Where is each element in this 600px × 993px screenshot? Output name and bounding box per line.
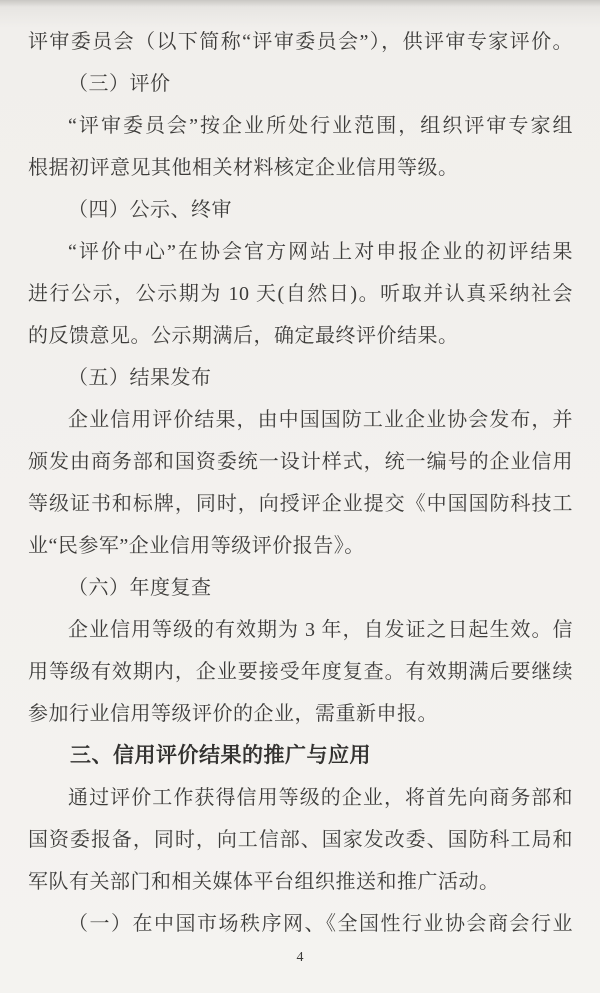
document-body-text: 评审委员会（以下简称“评审委员会”），供评审专家评价。 （三）评价 “评审委员会…: [28, 21, 573, 945]
text-line: 参加行业信用等级评价的企业，需重新申报。: [28, 693, 573, 735]
page-number: 4: [0, 950, 600, 966]
text-line: （一）在中国市场秩序网、《全国性行业协会商会行业: [28, 903, 573, 945]
subsection-heading-3: （三）评价: [28, 63, 573, 105]
scanned-document-page: 评审委员会（以下简称“评审委员会”），供评审专家评价。 （三）评价 “评审委员会…: [0, 0, 600, 993]
text-line: 企业信用评价结果，由中国国防工业企业协会发布，并: [28, 399, 573, 441]
text-line: 通过评价工作获得信用等级的企业，将首先向商务部和: [28, 777, 573, 819]
text-line: “评价中心”在协会官方网站上对申报企业的初评结果: [28, 231, 573, 273]
text-line: 颁发由商务部和国资委统一设计样式，统一编号的企业信用: [28, 441, 573, 483]
text-line: 国资委报备，同时，向工信部、国家发改委、国防科工局和: [28, 819, 573, 861]
text-line: 评审委员会（以下简称“评审委员会”），供评审专家评价。: [28, 21, 573, 63]
text-line: “评审委员会”按企业所处行业范围，组织评审专家组: [28, 105, 573, 147]
text-line: 根据初评意见其他相关材料核定企业信用等级。: [28, 147, 573, 189]
text-line: 军队有关部门和相关媒体平台组织推送和推广活动。: [28, 861, 573, 903]
text-line: 的反馈意见。公示期满后，确定最终评价结果。: [28, 315, 573, 357]
subsection-heading-6: （六）年度复查: [28, 567, 573, 609]
section-heading-3: 三、信用评价结果的推广与应用: [28, 735, 573, 777]
text-line: 等级证书和标牌，同时，向授评企业提交《中国国防科技工: [28, 483, 573, 525]
subsection-heading-5: （五）结果发布: [28, 357, 573, 399]
text-line: 用等级有效期内，企业要接受年度复查。有效期满后要继续: [28, 651, 573, 693]
text-line: 企业信用等级的有效期为 3 年，自发证之日起生效。信: [28, 609, 573, 651]
text-line: 进行公示，公示期为 10 天(自然日)。听取并认真采纳社会: [28, 273, 573, 315]
text-line: 业“民参军”企业信用等级评价报告》。: [28, 525, 573, 567]
subsection-heading-4: （四）公示、终审: [28, 189, 573, 231]
